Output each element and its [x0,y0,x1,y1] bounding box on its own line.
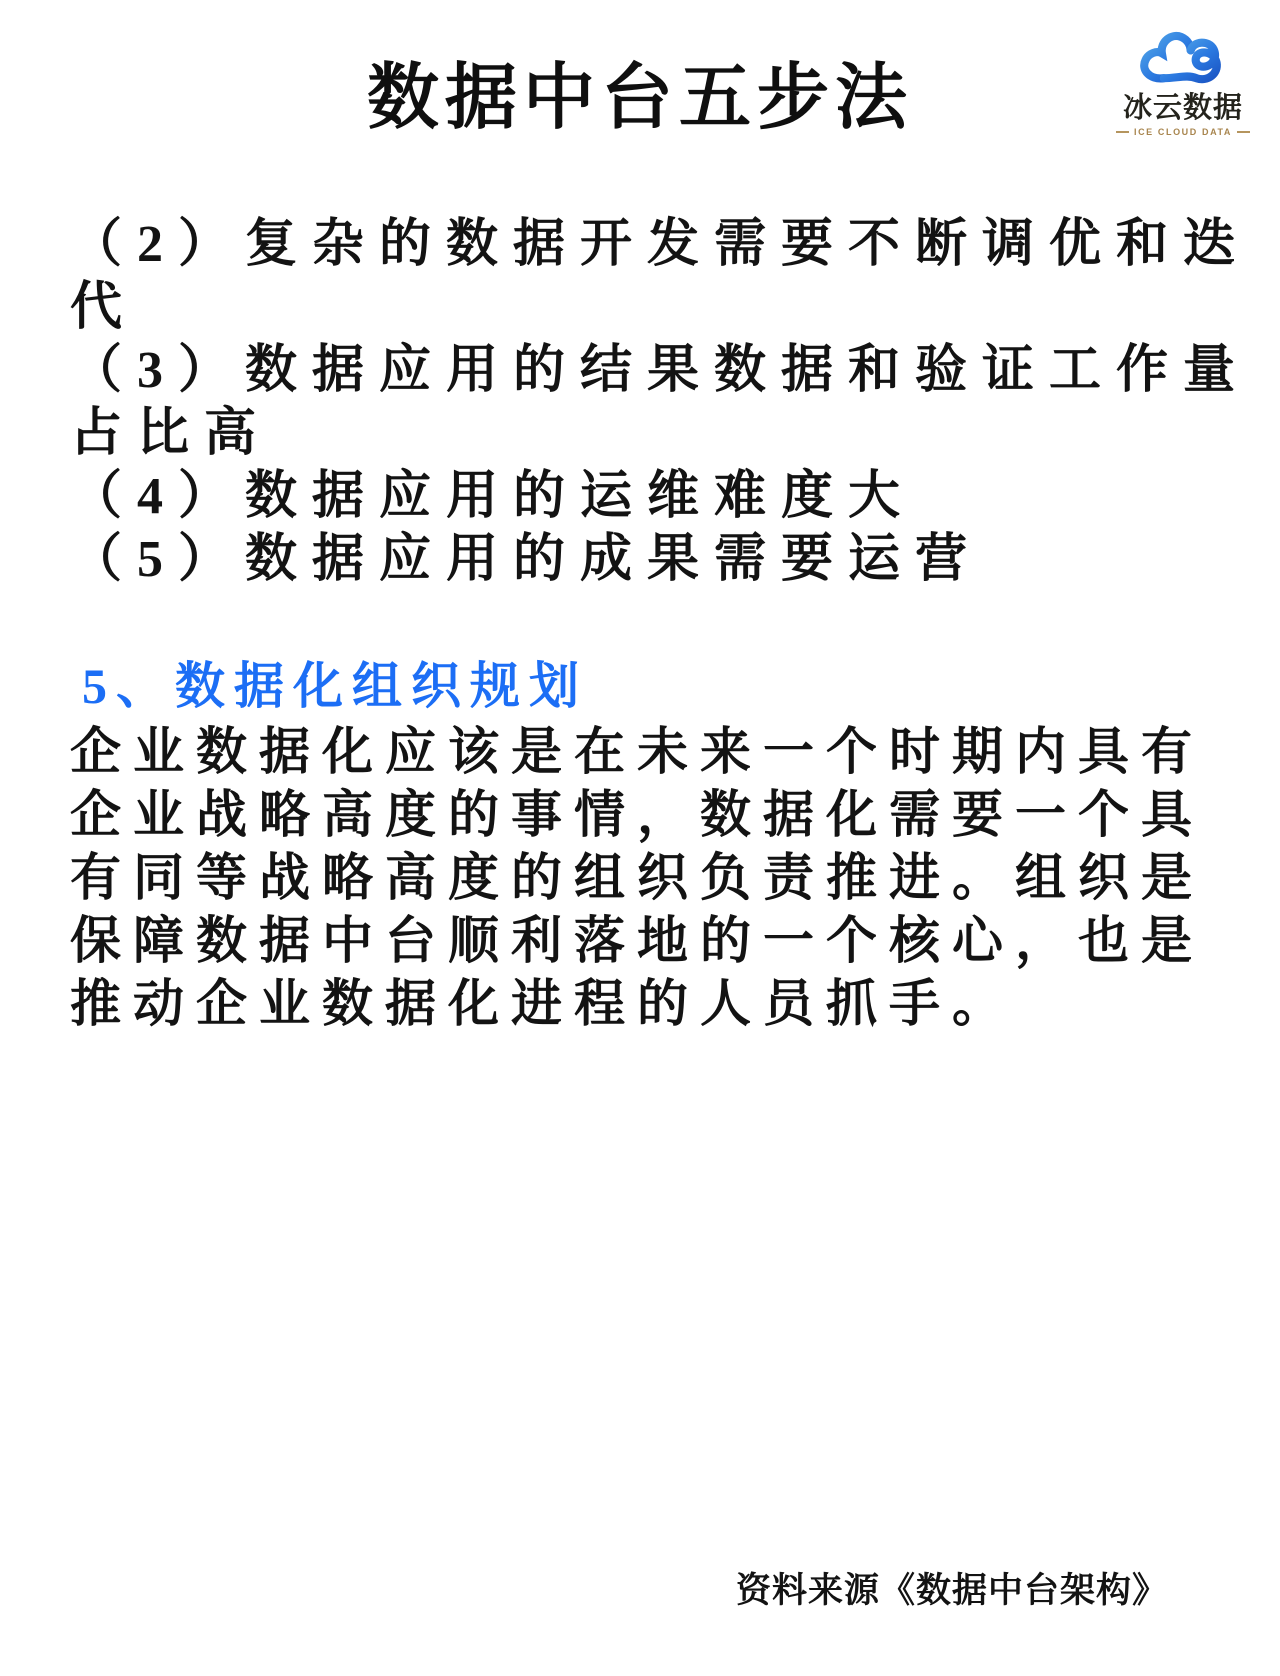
brand-name: 冰云数据 [1123,92,1243,124]
tagline-dash-right [1237,131,1250,133]
tagline-dash-left [1116,131,1129,133]
list-line: （3）数据应用的结果数据和验证工作量 [70,339,1230,402]
list-line: 占比高 [70,402,1230,465]
cloud-infinity-icon [1135,28,1231,90]
brand-tagline-row: ICE CLOUD DATA [1116,127,1250,137]
section-heading: 5、数据化组织规划 [82,655,588,718]
source-credit: 资料来源《数据中台架构》 [736,1570,1168,1612]
paragraph-line: 企业数据化应该是在未来一个时期内具有 [70,722,1240,785]
paragraph-line: 推动企业数据化进程的人员抓手。 [70,974,1240,1037]
list-line: （2）复杂的数据开发需要不断调优和迭 [70,213,1230,276]
paragraph-line: 有同等战略高度的组织负责推进。组织是 [70,848,1240,911]
paragraph-line: 企业战略高度的事情，数据化需要一个具 [70,785,1240,848]
list-line: （4）数据应用的运维难度大 [70,465,1230,528]
numbered-list: （2）复杂的数据开发需要不断调优和迭 代 （3）数据应用的结果数据和验证工作量 … [70,213,1230,591]
body-paragraph: 企业数据化应该是在未来一个时期内具有 企业战略高度的事情，数据化需要一个具 有同… [70,722,1240,1037]
list-line: 代 [70,276,1230,339]
list-line: （5）数据应用的成果需要运营 [70,528,1230,591]
paragraph-line: 保障数据中台顺利落地的一个核心，也是 [70,911,1240,974]
page-title: 数据中台五步法 [0,56,1280,140]
brand-logo: 冰云数据 ICE CLOUD DATA [1106,28,1260,137]
brand-tagline: ICE CLOUD DATA [1134,127,1232,137]
